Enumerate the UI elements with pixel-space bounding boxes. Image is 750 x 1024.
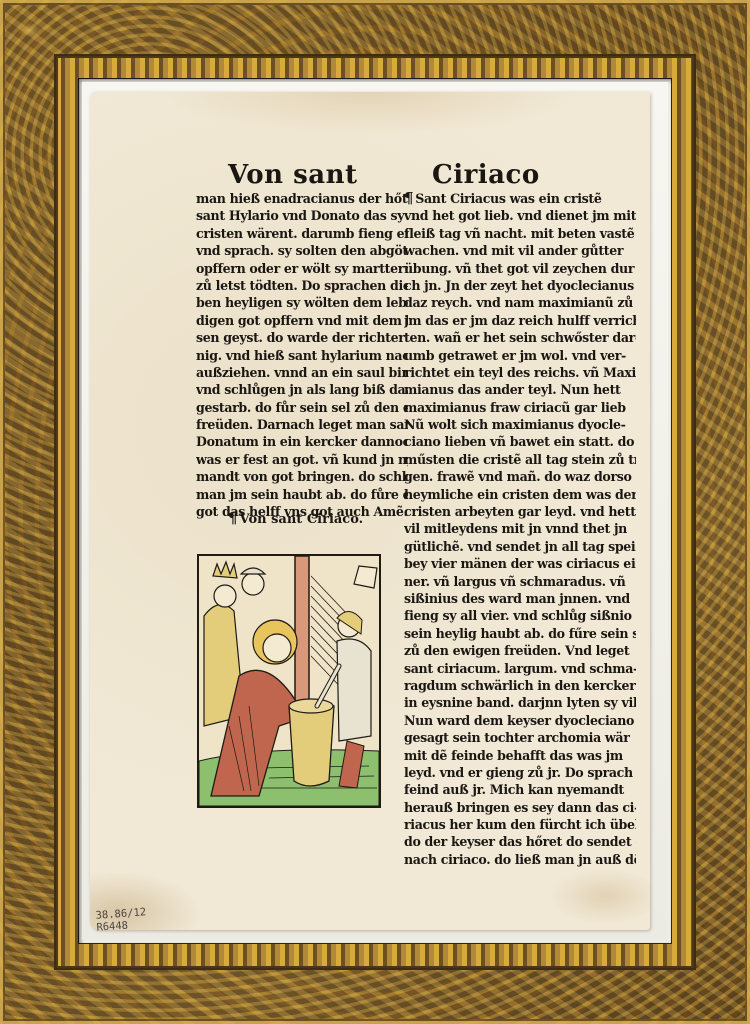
text-line: bey vier mänen der was ciriacus ei (404, 555, 636, 572)
text-line: műsten die cristẽ all tag stein zů tra (404, 451, 636, 468)
text-line: sein heylig haubt ab. do fűre sein sel (404, 625, 636, 642)
text-line: leyd. vnd er gieng zů jr. Do sprach ð (404, 764, 636, 781)
pilcrow-icon: ¶ (228, 509, 238, 527)
text-line: richtet ein teyl des reichs. vñ Maxi (404, 364, 636, 381)
text-line: jm das er jm daz reich hulff verrich (404, 312, 636, 329)
hand-colored-woodcut (197, 554, 381, 808)
text-line: ben heyligen sy wölten dem leben- (196, 294, 408, 311)
text-line: zů letst tödten. Do sprachen die lie- (196, 277, 408, 294)
text-line: gestarb. do fůr sein sel zů den ewigẽ (196, 399, 408, 416)
text-line: vnd schlůgen jn als lang biß daz er (196, 381, 408, 398)
text-line: ner. vñ largus vñ schmaradus. vñ (404, 573, 636, 590)
text-line: zů den ewigen freüden. Vnd leget (404, 642, 636, 659)
text-line-content: Sant Ciriacus was ein cristẽ (415, 191, 601, 206)
text-line: ch jn. Jn der zeyt het dyoclecianus (404, 277, 636, 294)
text-line: was er fest an got. vñ kund jn nye (196, 451, 408, 468)
text-line: ¶Sant Ciriacus was ein cristẽ (404, 190, 636, 207)
text-line: nach ciriaco. do ließ man jn auß dẽ (404, 851, 636, 868)
running-head-left: Von sant (228, 160, 357, 190)
text-line: fieng sy all vier. vnd schlůg sißnio (404, 607, 636, 624)
text-line: sant Hylario vnd Donato das sy (196, 207, 408, 224)
text-line: wachen. vnd mit vil ander gůtter (404, 242, 636, 259)
running-head-right: Ciriaco (432, 160, 540, 190)
text-line: cristen wärent. darumb fieng er sy (196, 225, 408, 242)
text-line: nig. vnd hieß sant hylarium nacket (196, 347, 408, 364)
text-line: in eysnine band. darjnn lyten sy vil (404, 694, 636, 711)
left-text-column: man hieß enadracianus der hőt võ sant Hy… (196, 190, 408, 520)
text-line: opffern oder er wölt sy marttern. vñ (196, 260, 408, 277)
pencil-accession-annotation: 38.86/12 R6448 (95, 906, 147, 933)
text-line: man jm sein haubt ab. do fůre er zů (196, 486, 408, 503)
text-line: maximianus fraw ciriacũ gar lieb (404, 399, 636, 416)
text-line: Donatum in ein kercker dannocht (196, 433, 408, 450)
text-line: vnd sprach. sy solten den abgöttern (196, 242, 408, 259)
right-text-column: ¶Sant Ciriacus was ein cristẽ vnd het go… (404, 190, 636, 868)
text-line: herauß bringen es sey dann das ci- (404, 799, 636, 816)
text-line: vnd het got lieb. vnd dienet jm mit (404, 207, 636, 224)
text-line: mianus das ander teyl. Nun hett (404, 381, 636, 398)
text-line: daz reych. vnd nam maximianũ zů (404, 294, 636, 311)
text-line: vil mitleydens mit jn vnnd thet jn (404, 520, 636, 537)
vessel-icon (289, 701, 334, 786)
woodcut-illustration (199, 556, 379, 806)
section-heading-text: Von sant Ciriaco. (240, 512, 364, 527)
text-line: übung. vñ thet got vil zeychen dur (404, 260, 636, 277)
text-line: ragdum schwärlich in den kercker (404, 677, 636, 694)
pilcrow-icon: ¶ (404, 190, 413, 207)
text-line: man hieß enadracianus der hőt võ (196, 190, 408, 207)
text-line: Nũ wolt sich maximianus dyocle- (404, 416, 636, 433)
text-line: do der keyser das hőret do sendet er (404, 833, 636, 850)
section-heading: ¶Von sant Ciriaco. (228, 509, 363, 527)
text-line: ten. wañ er het sein schwőster dar- (404, 329, 636, 346)
text-line: sißinius des ward man jnnen. vnd (404, 590, 636, 607)
text-line: sen geyst. do warde der richter zor- (196, 329, 408, 346)
text-line: gütlichẽ. vnd sendet jn all tag speiß (404, 538, 636, 555)
text-line: außziehen. vnnd an ein saul binden (196, 364, 408, 381)
text-line: sant ciriacum. largum. vnd schma- (404, 660, 636, 677)
text-line: gesagt sein tochter archomia wär (404, 729, 636, 746)
text-line: digen got opffern vnd mit dem bő- (196, 312, 408, 329)
text-line: fleiß tag vñ nacht. mit beten vastẽ (404, 225, 636, 242)
text-line: gen. frawẽ vnd mañ. do waz dorso (404, 468, 636, 485)
text-line: umb getrawet er jm wol. vnd ver- (404, 347, 636, 364)
crown-icon (213, 562, 237, 578)
text-line: ciano lieben vñ bawet ein statt. do (404, 433, 636, 450)
text-line: mit dẽ feinde behafft das was jm (404, 747, 636, 764)
text-line: heymliche ein cristen dem was der (404, 486, 636, 503)
text-line: cristen arbeyten gar leyd. vnd hett (404, 503, 636, 520)
text-line: freüden. Darnach leget man sant (196, 416, 408, 433)
text-line: feind auß jr. Mich kan nyemandt (404, 781, 636, 798)
text-line: riacus her kum den fürcht ich übel (404, 816, 636, 833)
text-line: Nun ward dem keyser dyocleciano (404, 712, 636, 729)
text-line: mandt von got bringen. do schlůg (196, 468, 408, 485)
